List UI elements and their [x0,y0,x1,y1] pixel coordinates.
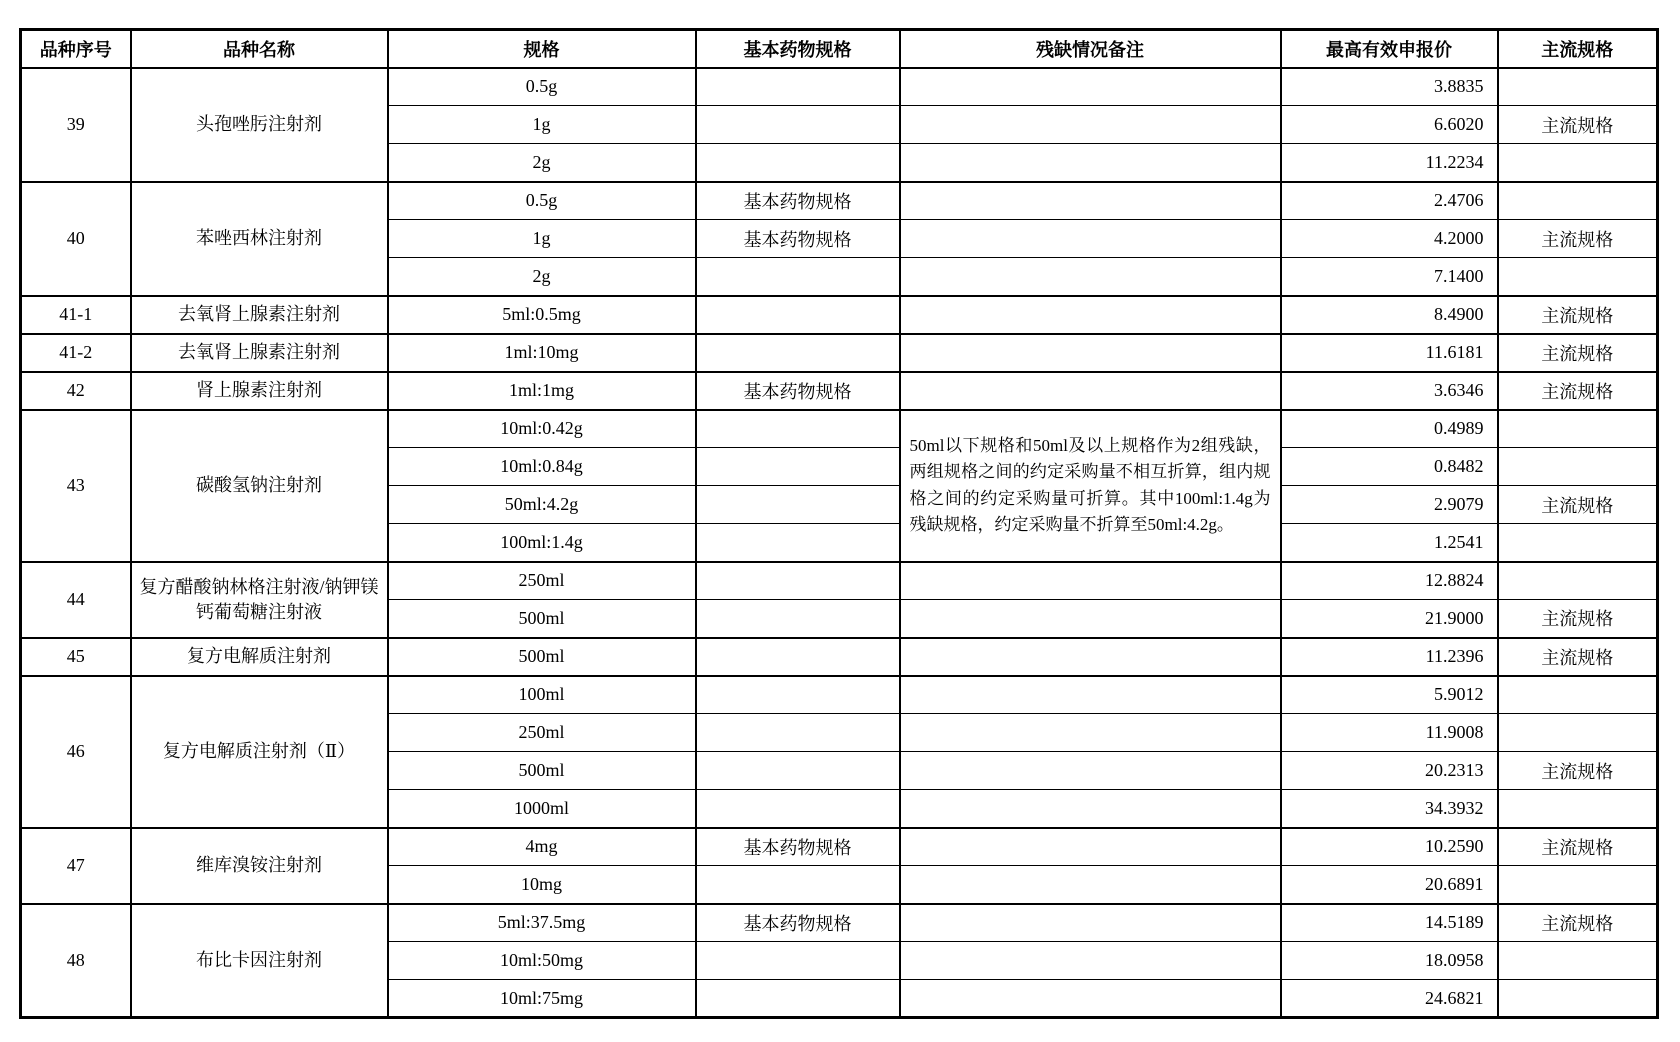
spec-cell: 5ml:37.5mg [388,904,696,942]
price-cell: 12.8824 [1281,562,1498,600]
price-cell: 5.9012 [1281,676,1498,714]
group-name-cell: 复方电解质注射剂（Ⅱ） [131,676,388,828]
table-row: 39头孢唑肟注射剂0.5g3.8835 [21,68,1658,106]
table-row: 41-1去氧肾上腺素注射剂5ml:0.5mg8.4900主流规格 [21,296,1658,334]
spec-cell: 500ml [388,600,696,638]
header-serial-number: 品种序号 [21,30,131,68]
header-specification: 规格 [388,30,696,68]
mainstream-cell [1498,182,1658,220]
basic-spec-cell [696,524,900,562]
table-row: 45复方电解质注射剂500ml11.2396主流规格 [21,638,1658,676]
basic-spec-cell [696,106,900,144]
mainstream-cell [1498,448,1658,486]
group-name-cell: 去氧肾上腺素注射剂 [131,296,388,334]
mainstream-cell: 主流规格 [1498,106,1658,144]
basic-spec-cell [696,410,900,448]
spec-cell: 0.5g [388,68,696,106]
basic-spec-cell [696,144,900,182]
price-cell: 3.6346 [1281,372,1498,410]
spec-cell: 10mg [388,866,696,904]
basic-spec-cell [696,676,900,714]
mainstream-cell: 主流规格 [1498,638,1658,676]
basic-spec-cell [696,68,900,106]
mainstream-cell: 主流规格 [1498,600,1658,638]
group-name-cell: 维库溴铵注射剂 [131,828,388,904]
table-row: 41-2去氧肾上腺素注射剂1ml:10mg11.6181主流规格 [21,334,1658,372]
group-id-cell: 45 [21,638,131,676]
basic-spec-cell [696,980,900,1018]
remark-cell [900,752,1281,790]
spec-cell: 250ml [388,562,696,600]
mainstream-cell [1498,980,1658,1018]
remark-cell [900,638,1281,676]
group-id-cell: 41-2 [21,334,131,372]
price-cell: 20.2313 [1281,752,1498,790]
basic-spec-cell: 基本药物规格 [696,182,900,220]
table-row: 47维库溴铵注射剂4mg基本药物规格10.2590主流规格 [21,828,1658,866]
remark-cell [900,144,1281,182]
table-header: 品种序号 品种名称 规格 基本药物规格 残缺情况备注 最高有效申报价 主流规格 [21,30,1658,68]
spec-cell: 2g [388,144,696,182]
mainstream-cell: 主流规格 [1498,752,1658,790]
price-cell: 3.8835 [1281,68,1498,106]
header-mainstream-spec: 主流规格 [1498,30,1658,68]
basic-spec-cell [696,448,900,486]
basic-spec-cell [696,600,900,638]
mainstream-cell [1498,524,1658,562]
group-name-cell: 复方电解质注射剂 [131,638,388,676]
basic-spec-cell [696,866,900,904]
group-id-cell: 41-1 [21,296,131,334]
spec-cell: 50ml:4.2g [388,486,696,524]
spec-cell: 2g [388,258,696,296]
spec-cell: 1000ml [388,790,696,828]
mainstream-cell: 主流规格 [1498,828,1658,866]
price-cell: 7.1400 [1281,258,1498,296]
drug-price-table: 品种序号 品种名称 规格 基本药物规格 残缺情况备注 最高有效申报价 主流规格 … [19,28,1659,1019]
table-row: 42肾上腺素注射剂1ml:1mg基本药物规格3.6346主流规格 [21,372,1658,410]
table-row: 46复方电解质注射剂（Ⅱ）100ml5.9012 [21,676,1658,714]
basic-spec-cell [696,638,900,676]
remark-cell: 50ml以下规格和50ml及以上规格作为2组残缺，两组规格之间的约定采购量不相互… [900,410,1281,562]
mainstream-cell: 主流规格 [1498,296,1658,334]
basic-spec-cell: 基本药物规格 [696,372,900,410]
price-cell: 14.5189 [1281,904,1498,942]
spec-cell: 10ml:0.42g [388,410,696,448]
mainstream-cell [1498,866,1658,904]
price-cell: 11.2396 [1281,638,1498,676]
mainstream-cell: 主流规格 [1498,334,1658,372]
remark-cell [900,866,1281,904]
table-row: 44复方醋酸钠林格注射液/钠钾镁钙葡萄糖注射液250ml12.8824 [21,562,1658,600]
basic-spec-cell: 基本药物规格 [696,220,900,258]
remark-cell [900,828,1281,866]
remark-cell [900,182,1281,220]
mainstream-cell: 主流规格 [1498,220,1658,258]
header-shortage-remark: 残缺情况备注 [900,30,1281,68]
mainstream-cell: 主流规格 [1498,904,1658,942]
price-cell: 10.2590 [1281,828,1498,866]
group-id-cell: 46 [21,676,131,828]
spec-cell: 10ml:50mg [388,942,696,980]
group-id-cell: 47 [21,828,131,904]
basic-spec-cell [696,486,900,524]
header-product-name: 品种名称 [131,30,388,68]
remark-cell [900,600,1281,638]
mainstream-cell [1498,68,1658,106]
remark-cell [900,372,1281,410]
mainstream-cell: 主流规格 [1498,486,1658,524]
remark-cell [900,904,1281,942]
remark-cell [900,106,1281,144]
price-cell: 0.4989 [1281,410,1498,448]
group-name-cell: 去氧肾上腺素注射剂 [131,334,388,372]
group-name-cell: 肾上腺素注射剂 [131,372,388,410]
mainstream-cell [1498,410,1658,448]
remark-cell [900,714,1281,752]
spec-cell: 4mg [388,828,696,866]
price-cell: 1.2541 [1281,524,1498,562]
spec-cell: 10ml:0.84g [388,448,696,486]
header-basic-drug-spec: 基本药物规格 [696,30,900,68]
basic-spec-cell [696,562,900,600]
price-cell: 6.6020 [1281,106,1498,144]
group-id-cell: 48 [21,904,131,1018]
spec-cell: 500ml [388,638,696,676]
header-row: 品种序号 品种名称 规格 基本药物规格 残缺情况备注 最高有效申报价 主流规格 [21,30,1658,68]
spec-cell: 250ml [388,714,696,752]
basic-spec-cell [696,258,900,296]
remark-cell [900,258,1281,296]
price-cell: 34.3932 [1281,790,1498,828]
spec-cell: 500ml [388,752,696,790]
mainstream-cell [1498,562,1658,600]
basic-spec-cell [696,790,900,828]
remark-cell [900,296,1281,334]
remark-cell [900,562,1281,600]
table-body: 39头孢唑肟注射剂0.5g3.88351g6.6020主流规格2g11.2234… [21,68,1658,1018]
mainstream-cell [1498,676,1658,714]
group-name-cell: 复方醋酸钠林格注射液/钠钾镁钙葡萄糖注射液 [131,562,388,638]
price-cell: 0.8482 [1281,448,1498,486]
price-cell: 4.2000 [1281,220,1498,258]
price-cell: 2.9079 [1281,486,1498,524]
price-cell: 8.4900 [1281,296,1498,334]
group-id-cell: 40 [21,182,131,296]
remark-cell [900,68,1281,106]
spec-cell: 0.5g [388,182,696,220]
price-cell: 11.2234 [1281,144,1498,182]
basic-spec-cell: 基本药物规格 [696,828,900,866]
basic-spec-cell [696,714,900,752]
mainstream-cell [1498,144,1658,182]
price-cell: 11.9008 [1281,714,1498,752]
group-id-cell: 44 [21,562,131,638]
group-name-cell: 布比卡因注射剂 [131,904,388,1018]
spec-cell: 100ml:1.4g [388,524,696,562]
group-id-cell: 39 [21,68,131,182]
basic-spec-cell [696,296,900,334]
group-name-cell: 苯唑西林注射剂 [131,182,388,296]
price-cell: 21.9000 [1281,600,1498,638]
basic-spec-cell [696,752,900,790]
mainstream-cell [1498,942,1658,980]
price-cell: 24.6821 [1281,980,1498,1018]
mainstream-cell [1498,258,1658,296]
mainstream-cell [1498,790,1658,828]
spec-cell: 5ml:0.5mg [388,296,696,334]
table-row: 40苯唑西林注射剂0.5g基本药物规格2.4706 [21,182,1658,220]
spec-cell: 1ml:1mg [388,372,696,410]
remark-cell [900,676,1281,714]
price-cell: 20.6891 [1281,866,1498,904]
group-id-cell: 43 [21,410,131,562]
spec-cell: 1ml:10mg [388,334,696,372]
price-cell: 2.4706 [1281,182,1498,220]
spec-cell: 100ml [388,676,696,714]
table-row: 48布比卡因注射剂5ml:37.5mg基本药物规格14.5189主流规格 [21,904,1658,942]
spec-cell: 1g [388,220,696,258]
basic-spec-cell [696,334,900,372]
table-row: 43碳酸氢钠注射剂10ml:0.42g50ml以下规格和50ml及以上规格作为2… [21,410,1658,448]
spec-cell: 1g [388,106,696,144]
remark-cell [900,942,1281,980]
spec-cell: 10ml:75mg [388,980,696,1018]
group-id-cell: 42 [21,372,131,410]
group-name-cell: 头孢唑肟注射剂 [131,68,388,182]
remark-cell [900,980,1281,1018]
header-max-valid-price: 最高有效申报价 [1281,30,1498,68]
group-name-cell: 碳酸氢钠注射剂 [131,410,388,562]
remark-cell [900,220,1281,258]
mainstream-cell [1498,714,1658,752]
price-cell: 11.6181 [1281,334,1498,372]
remark-cell [900,790,1281,828]
mainstream-cell: 主流规格 [1498,372,1658,410]
basic-spec-cell: 基本药物规格 [696,904,900,942]
basic-spec-cell [696,942,900,980]
price-cell: 18.0958 [1281,942,1498,980]
remark-cell [900,334,1281,372]
